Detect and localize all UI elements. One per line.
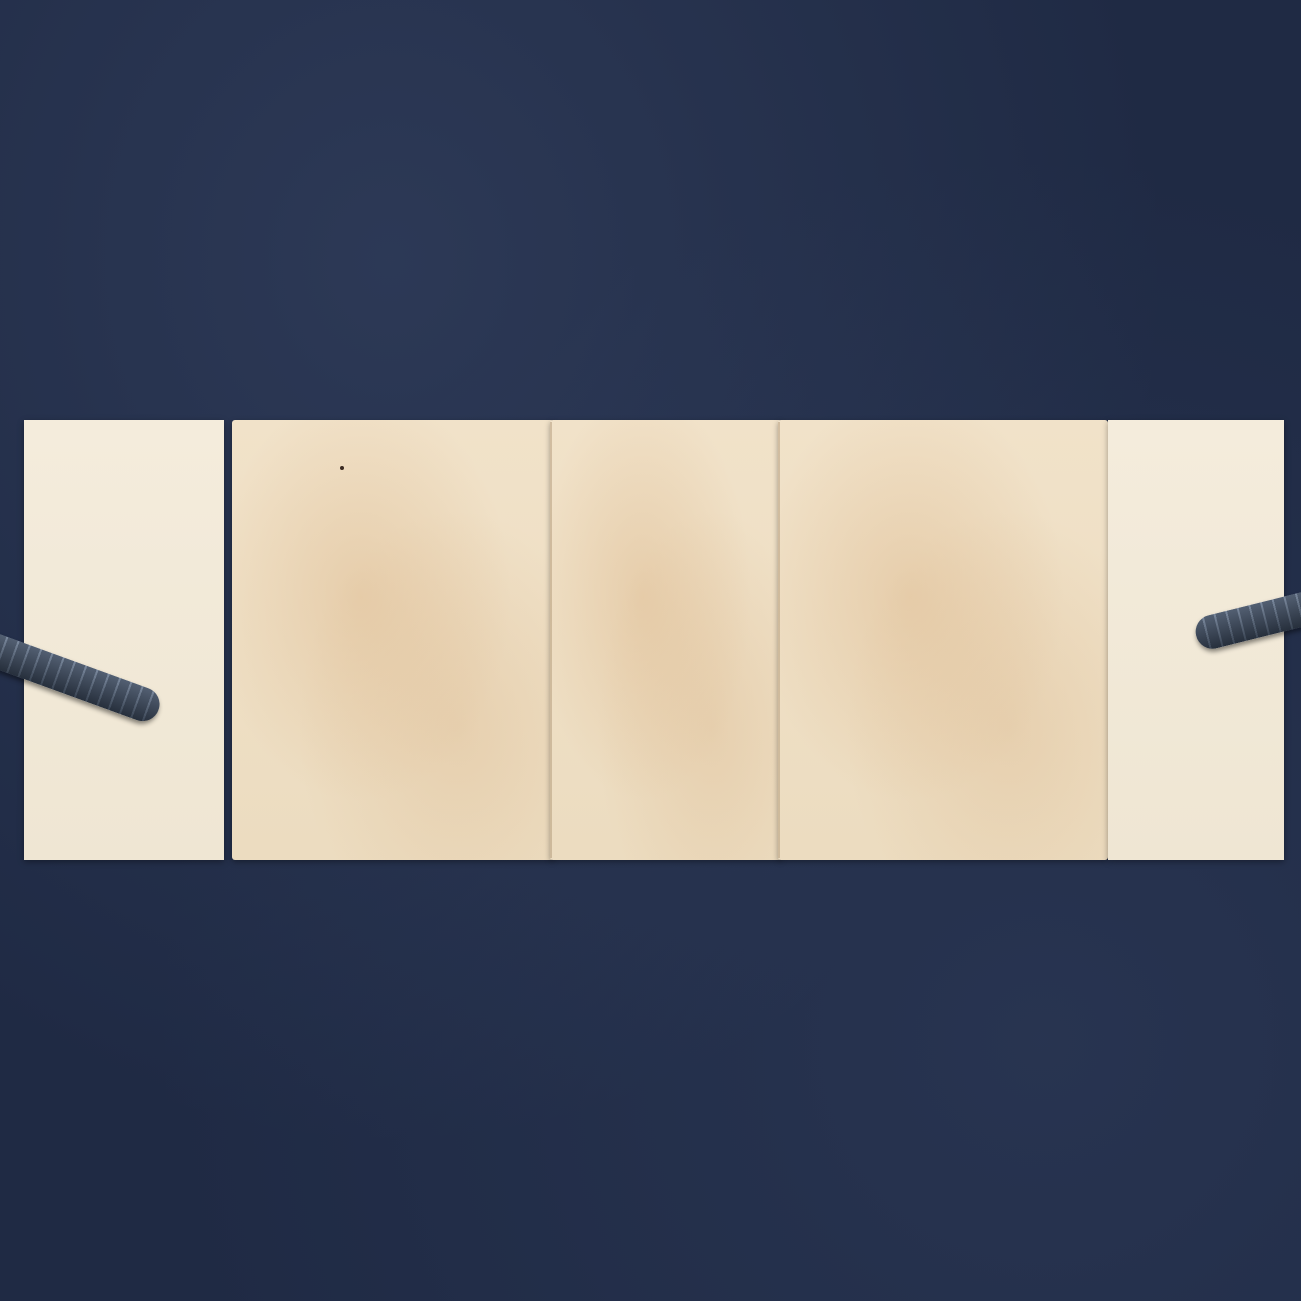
photo-scene bbox=[0, 0, 1301, 1301]
ink-spot bbox=[340, 466, 344, 470]
panel-2 bbox=[232, 420, 554, 860]
fold-line bbox=[778, 422, 780, 858]
fold-line bbox=[550, 422, 552, 858]
left-flap bbox=[24, 420, 224, 860]
paper-strip bbox=[24, 420, 1284, 860]
panel-3 bbox=[550, 420, 782, 860]
panel-4 bbox=[778, 420, 1108, 860]
right-flap bbox=[1108, 420, 1284, 860]
